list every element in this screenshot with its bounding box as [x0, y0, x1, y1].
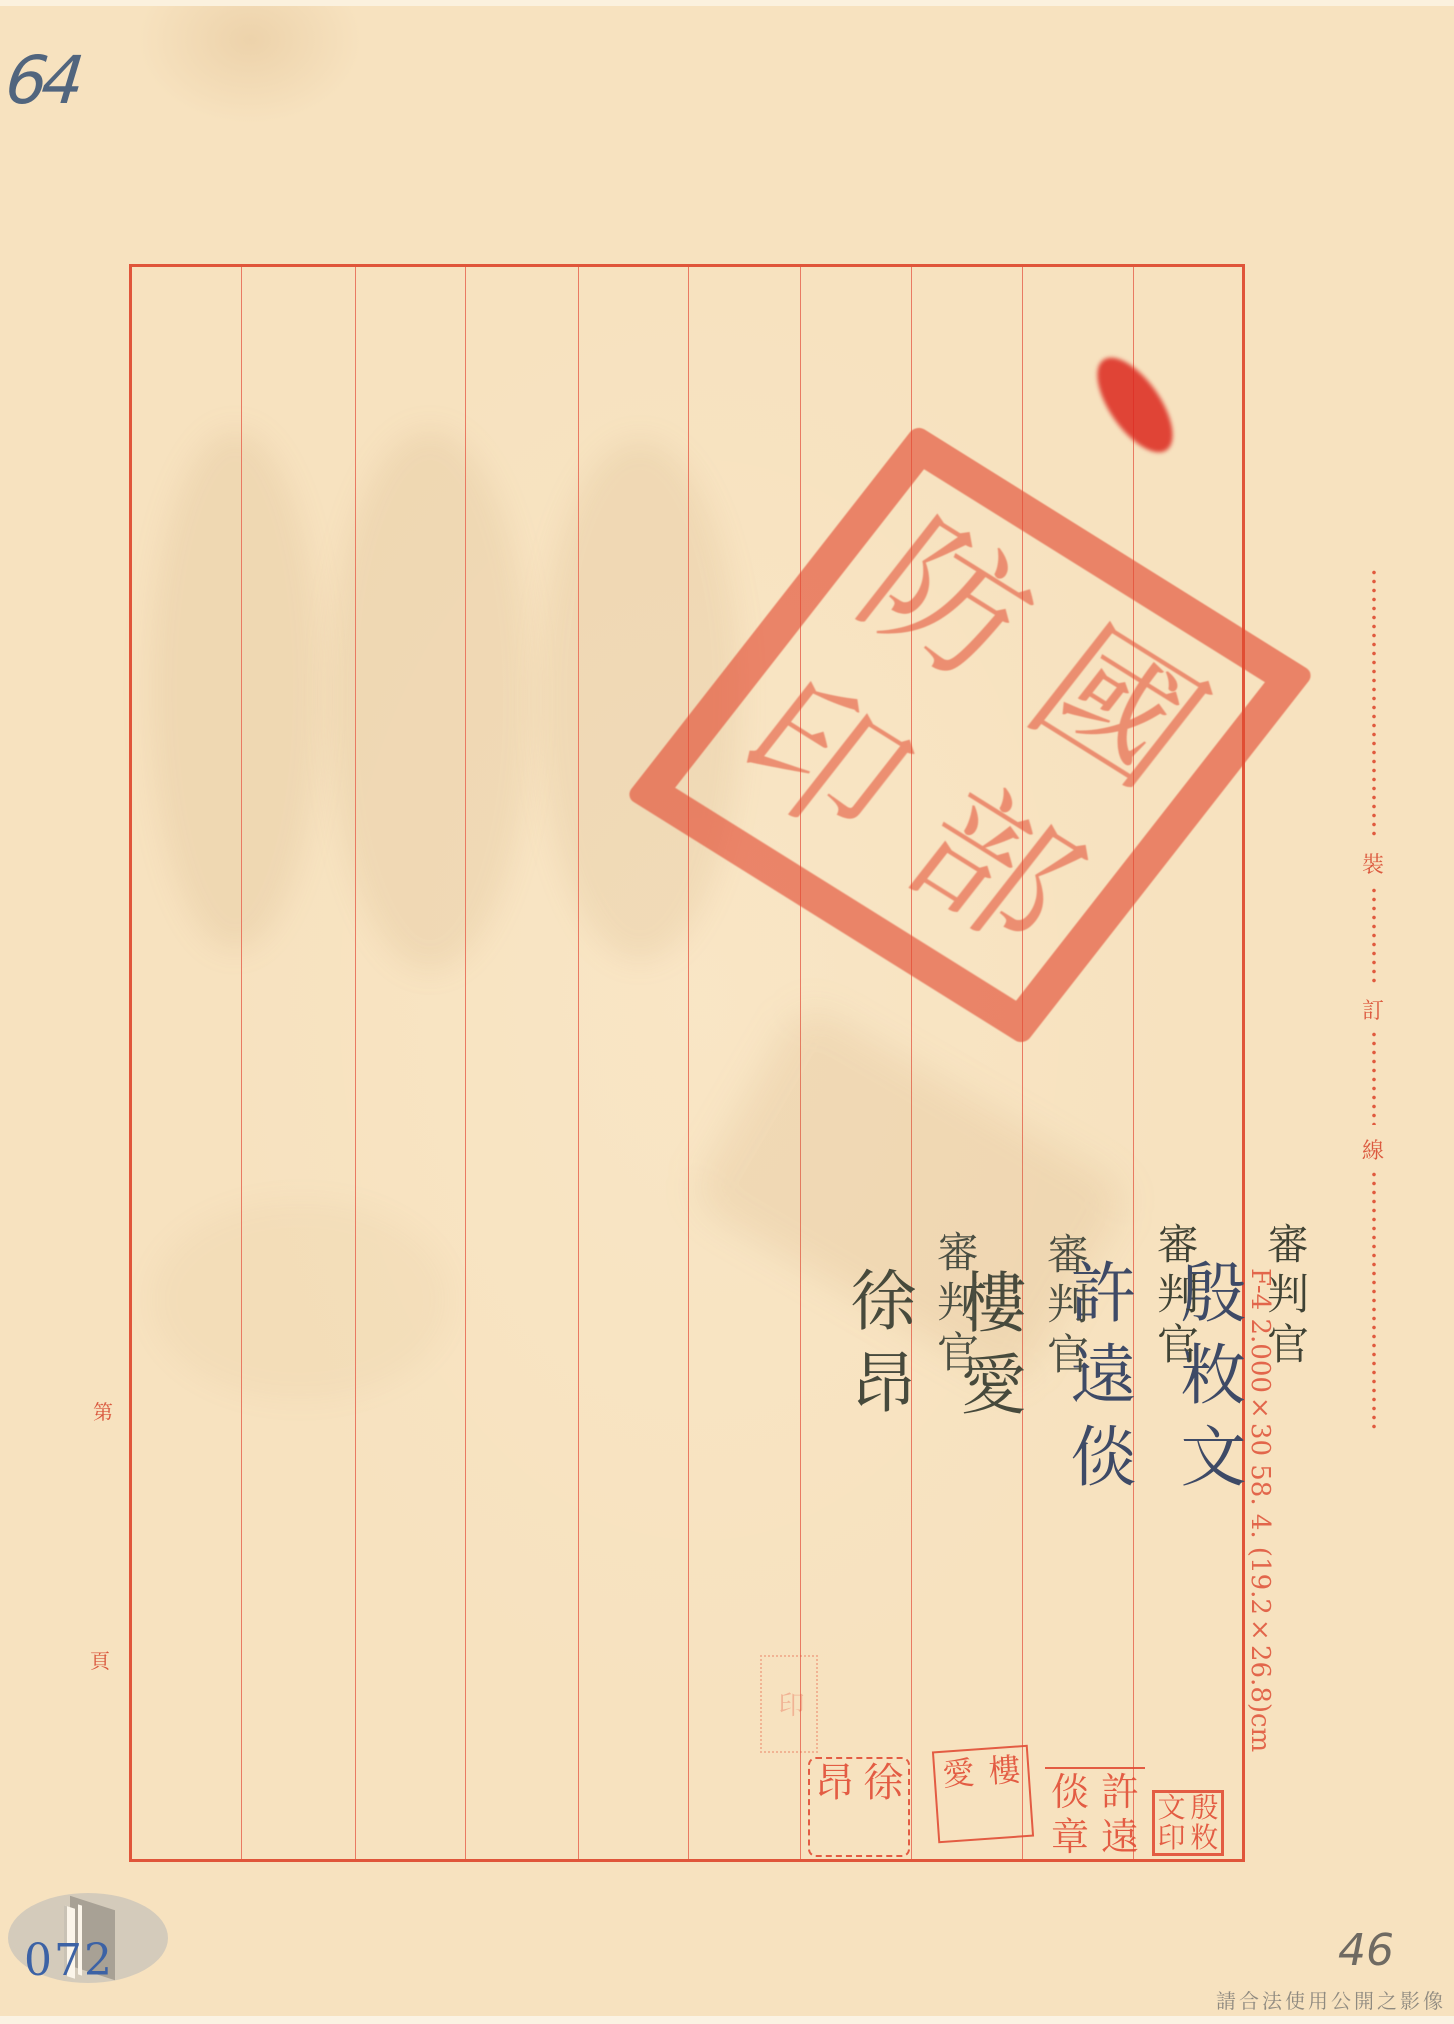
- column-rule: [688, 267, 689, 1859]
- handwritten-page-number-top: 64: [2, 42, 82, 119]
- column-rule: [241, 267, 242, 1859]
- binding-dotted-line: [1372, 568, 1376, 838]
- column-rule: [1133, 267, 1134, 1859]
- judge-title: 審判官: [1041, 1232, 1090, 1382]
- signature-judge-4: 審判官 徐昂: [830, 1230, 985, 1430]
- seal-char: 文: [1155, 1794, 1188, 1822]
- personal-seal-judge-2: 許 倓 遠 章: [1045, 1767, 1145, 1859]
- faint-seal-impression: 印: [760, 1655, 818, 1753]
- personal-seal-judge-3: 樓 愛: [932, 1745, 1034, 1843]
- judge-title: 審判官: [1151, 1222, 1200, 1372]
- judge-title: 審判官: [931, 1230, 980, 1380]
- seal-char: 殷: [1188, 1794, 1221, 1822]
- seal-char: 敉: [1188, 1824, 1221, 1852]
- binding-dotted-line: [1372, 1170, 1376, 1432]
- seal-char: 遠: [1095, 1818, 1145, 1856]
- judge-name: 徐昂: [830, 1266, 925, 1430]
- column-rule: [355, 267, 356, 1859]
- seal-char: 昂: [810, 1763, 859, 1803]
- seal-char: 印: [1155, 1824, 1188, 1852]
- seal-char: 倓: [1045, 1773, 1095, 1811]
- page-marker-di: 第: [93, 1396, 113, 1425]
- column-rule: [465, 267, 466, 1859]
- personal-seal-judge-1: 殷 文 敉 印: [1152, 1790, 1224, 1856]
- binding-label-xian: 線: [1362, 1134, 1384, 1165]
- seal-char: 印: [776, 1691, 802, 1717]
- seal-char: 徐: [859, 1763, 908, 1803]
- judge-title: 審判官: [1261, 1222, 1310, 1372]
- seal-char: 愛: [934, 1756, 982, 1791]
- binding-dotted-line: [1372, 886, 1376, 986]
- seal-char: 樓: [980, 1753, 1028, 1788]
- binding-label-zhuang: 裝: [1362, 848, 1384, 879]
- scan-edge-top: [0, 0, 1454, 6]
- page-marker-ye: 頁: [90, 1645, 110, 1674]
- seal-char: 章: [1045, 1818, 1095, 1856]
- binding-label-ding: 訂: [1362, 994, 1384, 1025]
- binding-dotted-line: [1372, 1030, 1376, 1125]
- column-rule: [578, 267, 579, 1859]
- handwritten-page-number-bottom: 46: [1338, 1925, 1394, 1976]
- archive-stamp-number: 072: [24, 1935, 114, 1986]
- usage-watermark: 請合法使用公開之影像: [1216, 1985, 1446, 2014]
- scan-edge-bottom: [0, 2016, 1454, 2024]
- seal-char: 許: [1095, 1773, 1145, 1811]
- ruled-frame: [129, 264, 1245, 1862]
- personal-seal-judge-4: 徐 昂: [808, 1757, 910, 1857]
